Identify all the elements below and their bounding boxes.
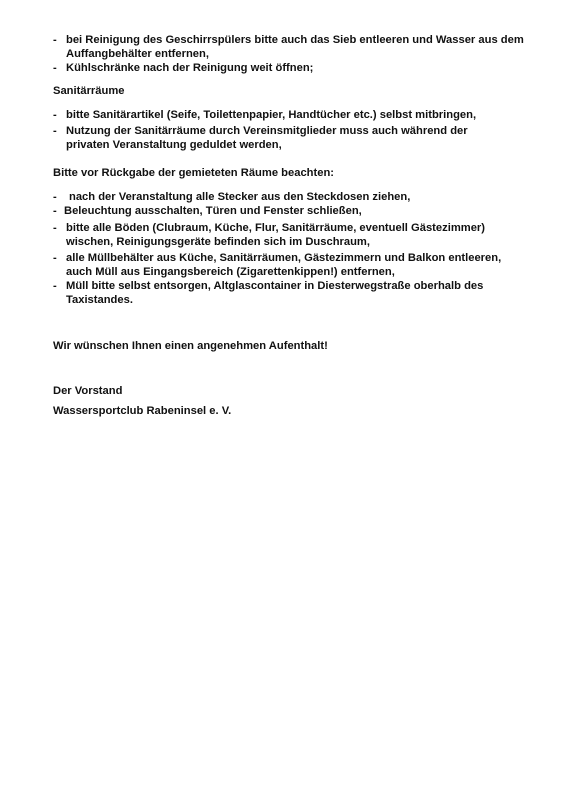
list-item-text: Beleuchtung ausschalten, Türen und Fenst… [64, 204, 362, 218]
list-item-text: privaten Veranstaltung geduldet werden, [66, 138, 282, 152]
bullet-dash: - [53, 251, 57, 265]
bullet-dash: - [53, 124, 57, 138]
list-item-text: Kühlschränke nach der Reinigung weit öff… [66, 61, 313, 75]
list-item-text: bitte alle Böden (Clubraum, Küche, Flur,… [66, 221, 485, 235]
bullet-dash: - [53, 108, 57, 122]
list-item-text: wischen, Reinigungsgeräte befinden sich … [66, 235, 370, 249]
bullet-dash: - [53, 190, 57, 204]
list-item-text: bitte Sanitärartikel (Seife, Toilettenpa… [66, 108, 476, 122]
list-item-text: Taxistandes. [66, 293, 133, 307]
signature-role: Der Vorstand [53, 384, 122, 398]
section-heading-sanitary: Sanitärräume [53, 84, 125, 98]
section-heading-return: Bitte vor Rückgabe der gemieteten Räume … [53, 166, 334, 180]
bullet-dash: - [53, 61, 57, 75]
bullet-dash: - [53, 33, 57, 47]
list-item-text: Nutzung der Sanitärräume durch Vereinsmi… [66, 124, 468, 138]
list-item-text: nach der Veranstaltung alle Stecker aus … [69, 190, 410, 204]
signature-organization: Wassersportclub Rabeninsel e. V. [53, 404, 231, 418]
list-item-text: Auffangbehälter entfernen, [66, 47, 209, 61]
list-item-text: Müll bitte selbst entsorgen, Altglascont… [66, 279, 483, 293]
closing-greeting: Wir wünschen Ihnen einen angenehmen Aufe… [53, 339, 328, 353]
list-item-text: alle Müllbehälter aus Küche, Sanitärräum… [66, 251, 501, 265]
bullet-dash: - [53, 204, 57, 218]
list-item-text: bei Reinigung des Geschirrspülers bitte … [66, 33, 524, 47]
bullet-dash: - [53, 279, 57, 293]
list-item-text: auch Müll aus Eingangsbereich (Zigarette… [66, 265, 395, 279]
bullet-dash: - [53, 221, 57, 235]
